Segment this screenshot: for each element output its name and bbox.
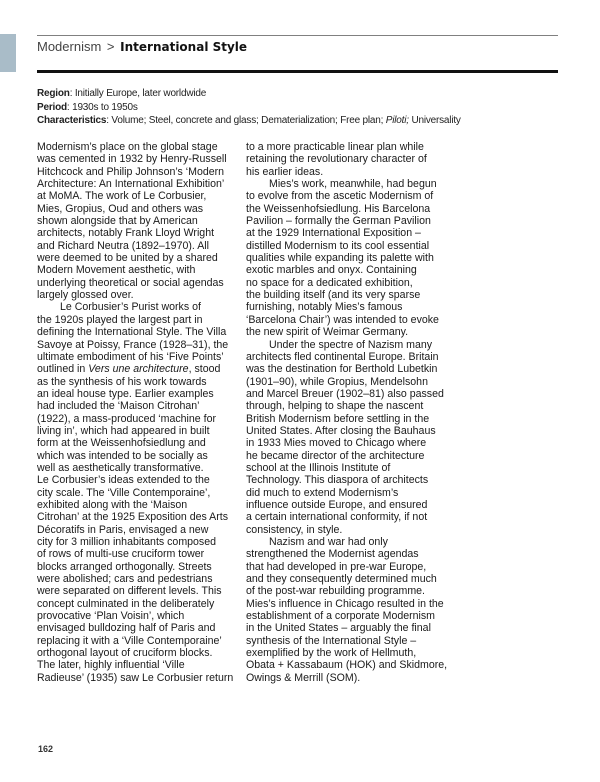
body-column-left: Modernism’s place on the global stage wa…: [37, 141, 237, 684]
text-line: had included the ‘Maison Citrohan’: [37, 400, 237, 412]
text-line: form at the Weissenhofsiedlung and: [37, 437, 237, 449]
text-line: exhibited along with the ‘Maison: [37, 499, 237, 511]
text-line: and Marcel Breuer (1902–81) also passed: [246, 388, 458, 400]
text-line: Under the spectre of Nazism many: [246, 339, 458, 351]
text-line: synthesis of the International Style –: [246, 635, 458, 647]
text-line: which was intended to be socially as: [37, 450, 237, 462]
text-line: blocks arranged orthogonally. Streets: [37, 561, 237, 573]
text-line: the Weissenhofsiedlung. His Barcelona: [246, 203, 458, 215]
text-line: through, helping to shape the nascent: [246, 400, 458, 412]
text-line: shown alongside that by American: [37, 215, 237, 227]
breadcrumb-separator: >: [107, 39, 115, 54]
text-line: influence outside Europe, and ensured: [246, 499, 458, 511]
text-line: concept culminated in the deliberately: [37, 598, 237, 610]
characteristics-value-italic: Piloti;: [386, 115, 409, 126]
text-line: the 1920s played the largest part in: [37, 314, 237, 326]
text-line: ultimate embodiment of his ‘Five Points’: [37, 351, 237, 363]
text-line: exemplified by the work of Hellmuth,: [246, 647, 458, 659]
text-line: provocative ‘Plan Voisin’, which: [37, 610, 237, 622]
text-line: that had developed in pre-war Europe,: [246, 561, 458, 573]
text-line: in 1933 Mies moved to Chicago where: [246, 437, 458, 449]
text-line: Mies’s influence in Chicago resulted in …: [246, 598, 458, 610]
text-line: Hitchcock and Philip Johnson’s ‘Modern: [37, 166, 237, 178]
text-line: envisaged bulldozing half of Paris and: [37, 622, 237, 634]
text-line: Le Corbusier’s ideas extended to the: [37, 474, 237, 486]
text-line: defining the International Style. The Vi…: [37, 326, 237, 338]
text-line: orthogonal layout of cruciform blocks.: [37, 647, 237, 659]
text-line: of the post-war rebuilding programme.: [246, 585, 458, 597]
text-line: did much to extend Modernism’s: [246, 487, 458, 499]
text-line: retaining the revolutionary character of: [246, 153, 458, 165]
text-line: city for 3 million inhabitants composed: [37, 536, 237, 548]
text-line: underlying theoretical or social agendas: [37, 277, 237, 289]
text-line: was cemented in 1932 by Henry-Russell: [37, 153, 237, 165]
text-line: city scale. The ‘Ville Contemporaine’,: [37, 487, 237, 499]
text-line: ‘Barcelona Chair’) was intended to evoke: [246, 314, 458, 326]
body-column-right: to a more practicable linear plan while …: [246, 141, 458, 684]
text-line: were separated on different levels. This: [37, 585, 237, 597]
text-line: outlined in Vers une architecture, stood: [37, 363, 237, 375]
text-line: Modernism’s place on the global stage: [37, 141, 237, 153]
period-label: Period: [37, 102, 67, 113]
text-line: and Richard Neutra (1892–1970). All: [37, 240, 237, 252]
text-line: Pavilion – formally the German Pavilion: [246, 215, 458, 227]
header-top-rule: [37, 35, 558, 36]
period-row: Period: 1930s to 1950s: [37, 101, 461, 115]
breadcrumb-parent: Modernism: [37, 39, 101, 54]
text-line: Mies’s work, meanwhile, had begun: [246, 178, 458, 190]
page-number: 162: [38, 744, 53, 754]
text-line: the building itself (and its very sparse: [246, 289, 458, 301]
text-line: were abolished; cars and pedestrians: [37, 573, 237, 585]
text-line: well as aesthetically transformative.: [37, 462, 237, 474]
text-line: and they consequently determined much: [246, 573, 458, 585]
header-bottom-rule: [37, 70, 558, 73]
text-line: as the synthesis of his work towards: [37, 376, 237, 388]
text-line: Architecture: An International Exhibitio…: [37, 178, 237, 190]
text-line: Radieuse’ (1935) saw Le Corbusier return: [37, 672, 237, 684]
breadcrumb-current: International Style: [120, 40, 247, 54]
text-line: strengthened the Modernist agendas: [246, 548, 458, 560]
text-line: living in’, which had appeared in built: [37, 425, 237, 437]
text-line: a certain international conformity, if n…: [246, 511, 458, 523]
characteristics-value: : Volume; Steel, concrete and glass; Dem…: [106, 115, 386, 126]
text-line: distilled Modernism to its cool essentia…: [246, 240, 458, 252]
text-line: of rows of multi-use cruciform tower: [37, 548, 237, 560]
text-line: Technology. This diaspora of architects: [246, 474, 458, 486]
text-line: Obata + Kassabaum (HOK) and Skidmore,: [246, 659, 458, 671]
text-line: Modern Movement aesthetic, with: [37, 264, 237, 276]
style-summary: Region: Initially Europe, later worldwid…: [37, 87, 461, 128]
period-value: : 1930s to 1950s: [67, 102, 138, 113]
text-line: The later, highly influential ‘Ville: [37, 659, 237, 671]
text-line: British Modernism before settling in the: [246, 413, 458, 425]
section-color-tab: [0, 34, 16, 72]
book-title: Vers une architecture: [88, 363, 188, 375]
region-value: : Initially Europe, later worldwide: [70, 88, 206, 99]
breadcrumb: Modernism > International Style: [37, 39, 247, 55]
text-line: his earlier ideas.: [246, 166, 458, 178]
text-line: at MoMA. The work of Le Corbusier,: [37, 190, 237, 202]
text-line: to a more practicable linear plan while: [246, 141, 458, 153]
text-line: Citrohan’ at the 1925 Exposition des Art…: [37, 511, 237, 523]
text-line: no space for a dedicated exhibition,: [246, 277, 458, 289]
text-line: an ideal house type. Earlier examples: [37, 388, 237, 400]
text-line: Le Corbusier’s Purist works of: [37, 301, 237, 313]
text-line: (1922), a mass-produced ‘machine for: [37, 413, 237, 425]
text-run: outlined in: [37, 363, 88, 375]
text-line: at the 1929 International Exposition –: [246, 227, 458, 239]
text-line: furnishing, notably Mies’s famous: [246, 301, 458, 313]
text-line: qualities while expanding its palette wi…: [246, 252, 458, 264]
text-line: Mies, Gropius, Oud and others was: [37, 203, 237, 215]
text-line: he became director of the architecture: [246, 450, 458, 462]
region-label: Region: [37, 88, 70, 99]
characteristics-value-end: Universality: [409, 115, 461, 126]
text-line: (1901–90), while Gropius, Mendelsohn: [246, 376, 458, 388]
text-line: exotic marbles and onyx. Containing: [246, 264, 458, 276]
text-line: Nazism and war had only: [246, 536, 458, 548]
text-line: Owings & Merrill (SOM).: [246, 672, 458, 684]
text-line: in the United States – arguably the fina…: [246, 622, 458, 634]
text-line: was the destination for Berthold Lubetki…: [246, 363, 458, 375]
text-line: United States. After closing the Bauhaus: [246, 425, 458, 437]
characteristics-label: Characteristics: [37, 115, 106, 126]
text-line: to evolve from the ascetic Modernism of: [246, 190, 458, 202]
region-row: Region: Initially Europe, later worldwid…: [37, 87, 461, 101]
text-line: Savoye at Poissy, France (1928–31), the: [37, 339, 237, 351]
text-line: Décoratifs in Paris, envisaged a new: [37, 524, 237, 536]
text-line: school at the Illinois Institute of: [246, 462, 458, 474]
text-line: architects, notably Frank Lloyd Wright: [37, 227, 237, 239]
text-line: consistency, in style.: [246, 524, 458, 536]
characteristics-row: Characteristics: Volume; Steel, concrete…: [37, 114, 461, 128]
text-run: , stood: [189, 363, 221, 375]
text-line: the new spirit of Weimar Germany.: [246, 326, 458, 338]
text-line: establishment of a corporate Modernism: [246, 610, 458, 622]
text-line: architects fled continental Europe. Brit…: [246, 351, 458, 363]
text-line: were deemed to be united by a shared: [37, 252, 237, 264]
text-line: largely glossed over.: [37, 289, 237, 301]
text-line: replacing it with a ‘Ville Contemporaine…: [37, 635, 237, 647]
